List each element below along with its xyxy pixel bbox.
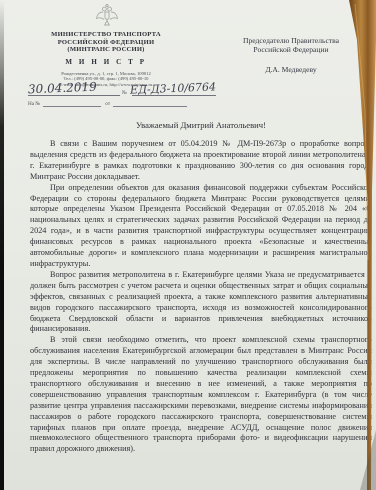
wood-table-edge bbox=[0, 0, 376, 490]
scanned-letter-photo: МИНИСТЕРСТВО ТРАНСПОРТА РОССИЙСКОЙ ФЕДЕР… bbox=[0, 0, 376, 490]
photo-left-edge bbox=[0, 0, 4, 490]
